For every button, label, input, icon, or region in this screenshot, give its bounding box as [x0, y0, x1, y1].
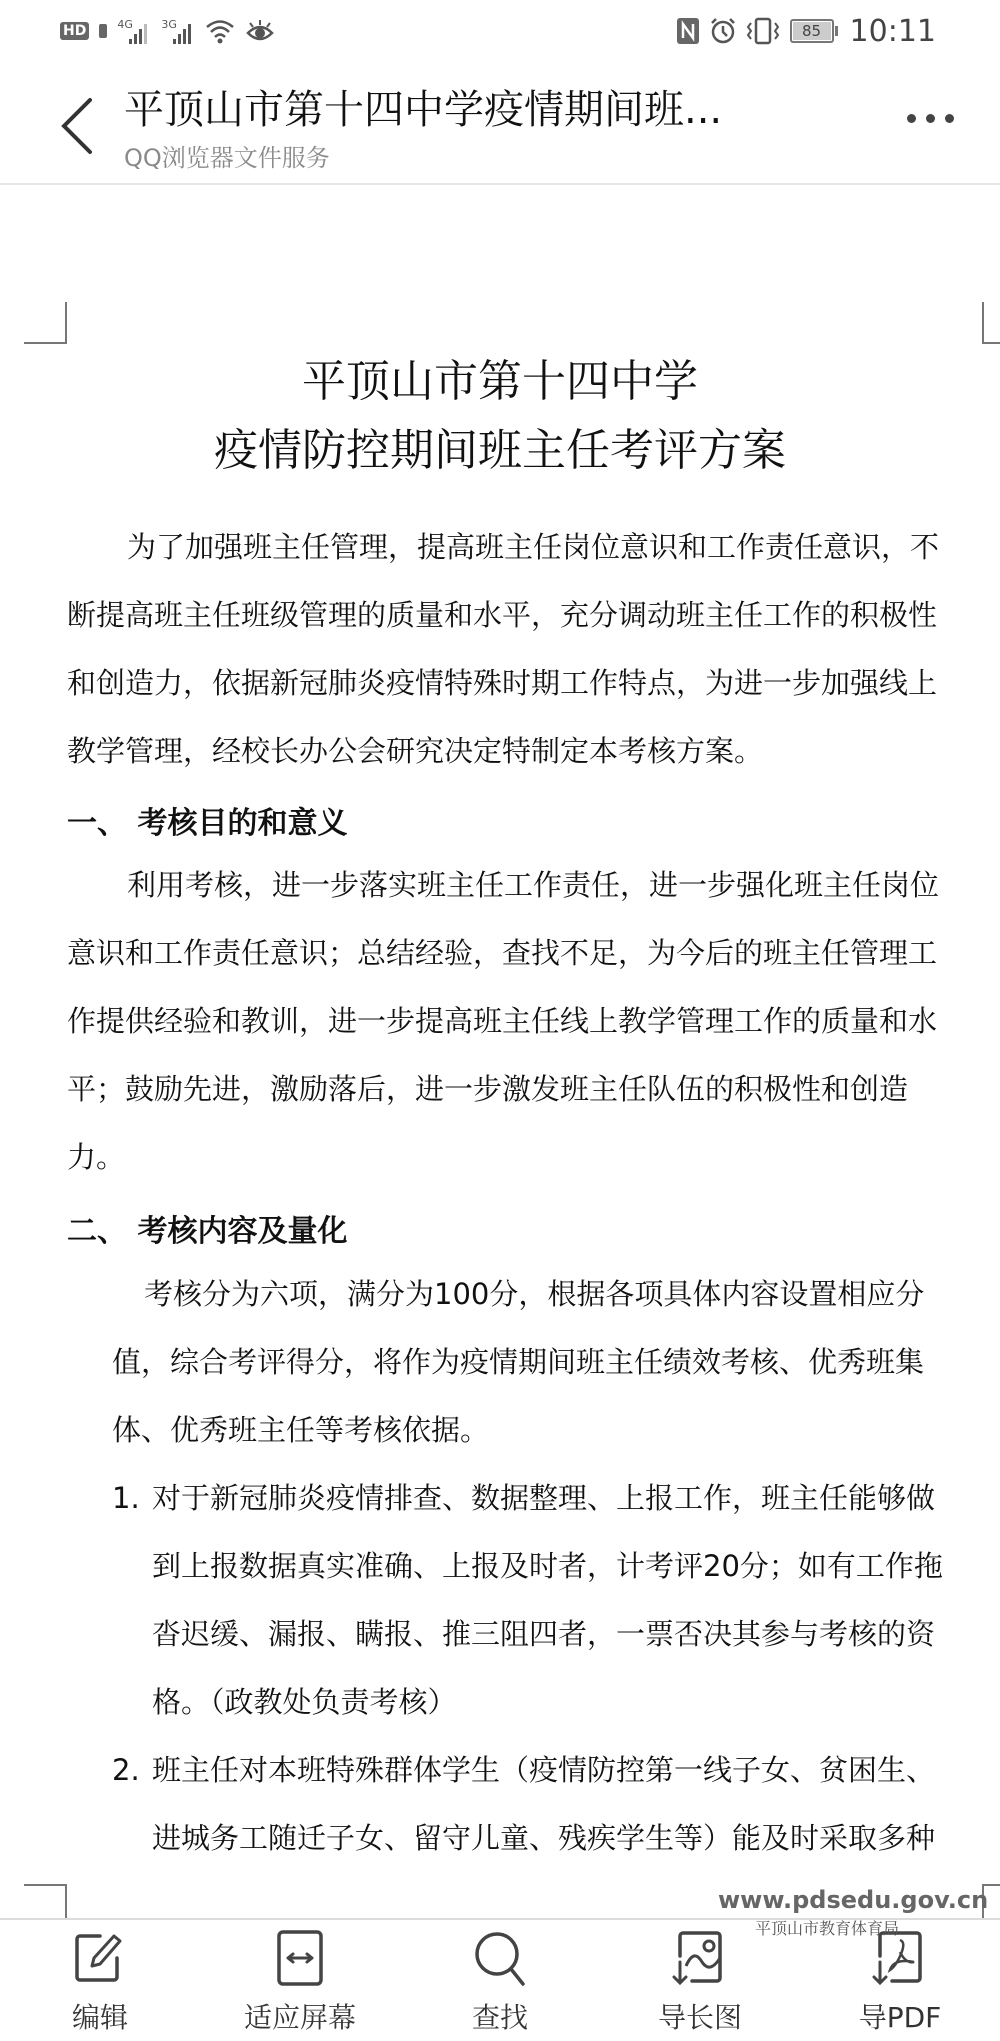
edit-button[interactable]: 编辑	[20, 1928, 180, 2040]
fit-screen-label: 适应屏幕	[244, 1996, 356, 2036]
page-corner-mark-top-left	[24, 302, 67, 344]
edit-icon	[70, 1928, 130, 1988]
status-left-icons: HD 4G 3G	[60, 16, 275, 46]
battery-icon: 85	[790, 19, 834, 43]
intro-line: 断提高班主任班级管理的质量和水平，充分调动班主任工作的积极性	[67, 595, 937, 635]
section1-heading: 一、 考核目的和意义	[67, 798, 347, 842]
more-options-button[interactable]	[907, 114, 954, 123]
eye-icon	[245, 18, 275, 44]
section2-line: 考核分为六项，满分为100分，根据各项具体内容设置相应分	[144, 1274, 924, 1314]
section1-line: 意识和工作责任意识；总结经验，查找不足，为今后的班主任管理工	[67, 933, 937, 973]
page-corner-mark-top-right	[982, 302, 1000, 344]
section2-line: 值，综合考评得分，将作为疫情期间班主任绩效考核、优秀班集	[112, 1342, 924, 1382]
wifi-icon	[205, 18, 235, 44]
list-item-line: 格。（政教处负责考核）	[152, 1682, 457, 1722]
list-item-line: 到上报数据真实准确、上报及时者，计考评20分；如有工作拖	[152, 1546, 943, 1586]
more-dot-icon	[926, 114, 935, 123]
section1-line: 作提供经验和教训，进一步提高班主任线上教学管理工作的质量和水	[67, 1001, 937, 1041]
document-title: 平顶山市第十四中学疫情期间班...	[124, 78, 722, 135]
doc-title-line2: 疫情防控期间班主任考评方案	[0, 414, 1000, 478]
list-item-line: 班主任对本班特殊群体学生（疫情防控第一线子女、贫困生、	[152, 1750, 935, 1790]
watermark-org: 平顶山市教育体育局	[755, 1916, 899, 1939]
app-header: 平顶山市第十四中学疫情期间班... QQ浏览器文件服务	[0, 60, 1000, 185]
fit-screen-button[interactable]: 适应屏幕	[220, 1928, 380, 2040]
status-right-icons: 85 10:11	[676, 14, 936, 48]
battery-level: 85	[792, 21, 832, 41]
export-long-image-label: 导长图	[658, 1996, 742, 2036]
find-button[interactable]: 查找	[420, 1928, 580, 2040]
sim-icon	[99, 24, 107, 38]
export-long-image-icon	[670, 1928, 730, 1988]
signal-4g-icon: 4G	[117, 18, 151, 44]
export-pdf-button[interactable]: 导PDF	[820, 1928, 980, 2040]
status-bar: HD 4G 3G	[0, 0, 1000, 60]
list-item-number: 1.	[112, 1478, 140, 1518]
more-dot-icon	[907, 114, 916, 123]
intro-line: 为了加强班主任管理，提高班主任岗位意识和工作责任意识，不	[127, 527, 939, 567]
nfc-icon	[676, 17, 700, 45]
search-icon	[470, 1928, 530, 1988]
list-item-line: 进城务工随迁子女、留守儿童、残疾学生等）能及时采取多种	[152, 1818, 935, 1858]
source-subtitle: QQ浏览器文件服务	[124, 138, 330, 173]
list-item-number: 2.	[112, 1750, 140, 1790]
vibrate-icon	[746, 17, 780, 45]
section2-heading: 二、 考核内容及量化	[67, 1206, 347, 1250]
section2-line: 体、优秀班主任等考核依据。	[112, 1410, 489, 1450]
export-pdf-label: 导PDF	[859, 1996, 942, 2036]
export-long-image-button[interactable]: 导长图	[620, 1928, 780, 2040]
clock: 10:11	[850, 14, 936, 49]
intro-line: 和创造力，依据新冠肺炎疫情特殊时期工作特点，为进一步加强线上	[67, 663, 937, 703]
section1-line: 力。	[67, 1137, 125, 1177]
fit-screen-icon	[270, 1928, 330, 1988]
more-dot-icon	[945, 114, 954, 123]
back-chevron-icon[interactable]	[58, 96, 98, 156]
signal-3g-icon: 3G	[161, 18, 195, 44]
section1-line: 平；鼓励先进，激励落后，进一步激发班主任队伍的积极性和创造	[67, 1069, 908, 1109]
list-item-line: 对于新冠肺炎疫情排查、数据整理、上报工作，班主任能够做	[152, 1478, 935, 1518]
intro-line: 教学管理，经校长办公会研究决定特制定本考核方案。	[67, 731, 763, 771]
edit-label: 编辑	[72, 1996, 128, 2036]
alarm-icon	[710, 17, 736, 45]
list-item-line: 沓迟缓、漏报、瞒报、推三阻四者，一票否决其参与考核的资	[152, 1614, 935, 1654]
hd-icon: HD	[60, 22, 89, 40]
doc-title-line1: 平顶山市第十四中学	[0, 345, 1000, 409]
find-label: 查找	[472, 1996, 528, 2036]
watermark-url: www.pdsedu.gov.cn	[718, 1886, 988, 1914]
page-corner-mark-bottom-left	[24, 1884, 67, 1922]
section1-line: 利用考核，进一步落实班主任工作责任，进一步强化班主任岗位	[127, 865, 939, 905]
